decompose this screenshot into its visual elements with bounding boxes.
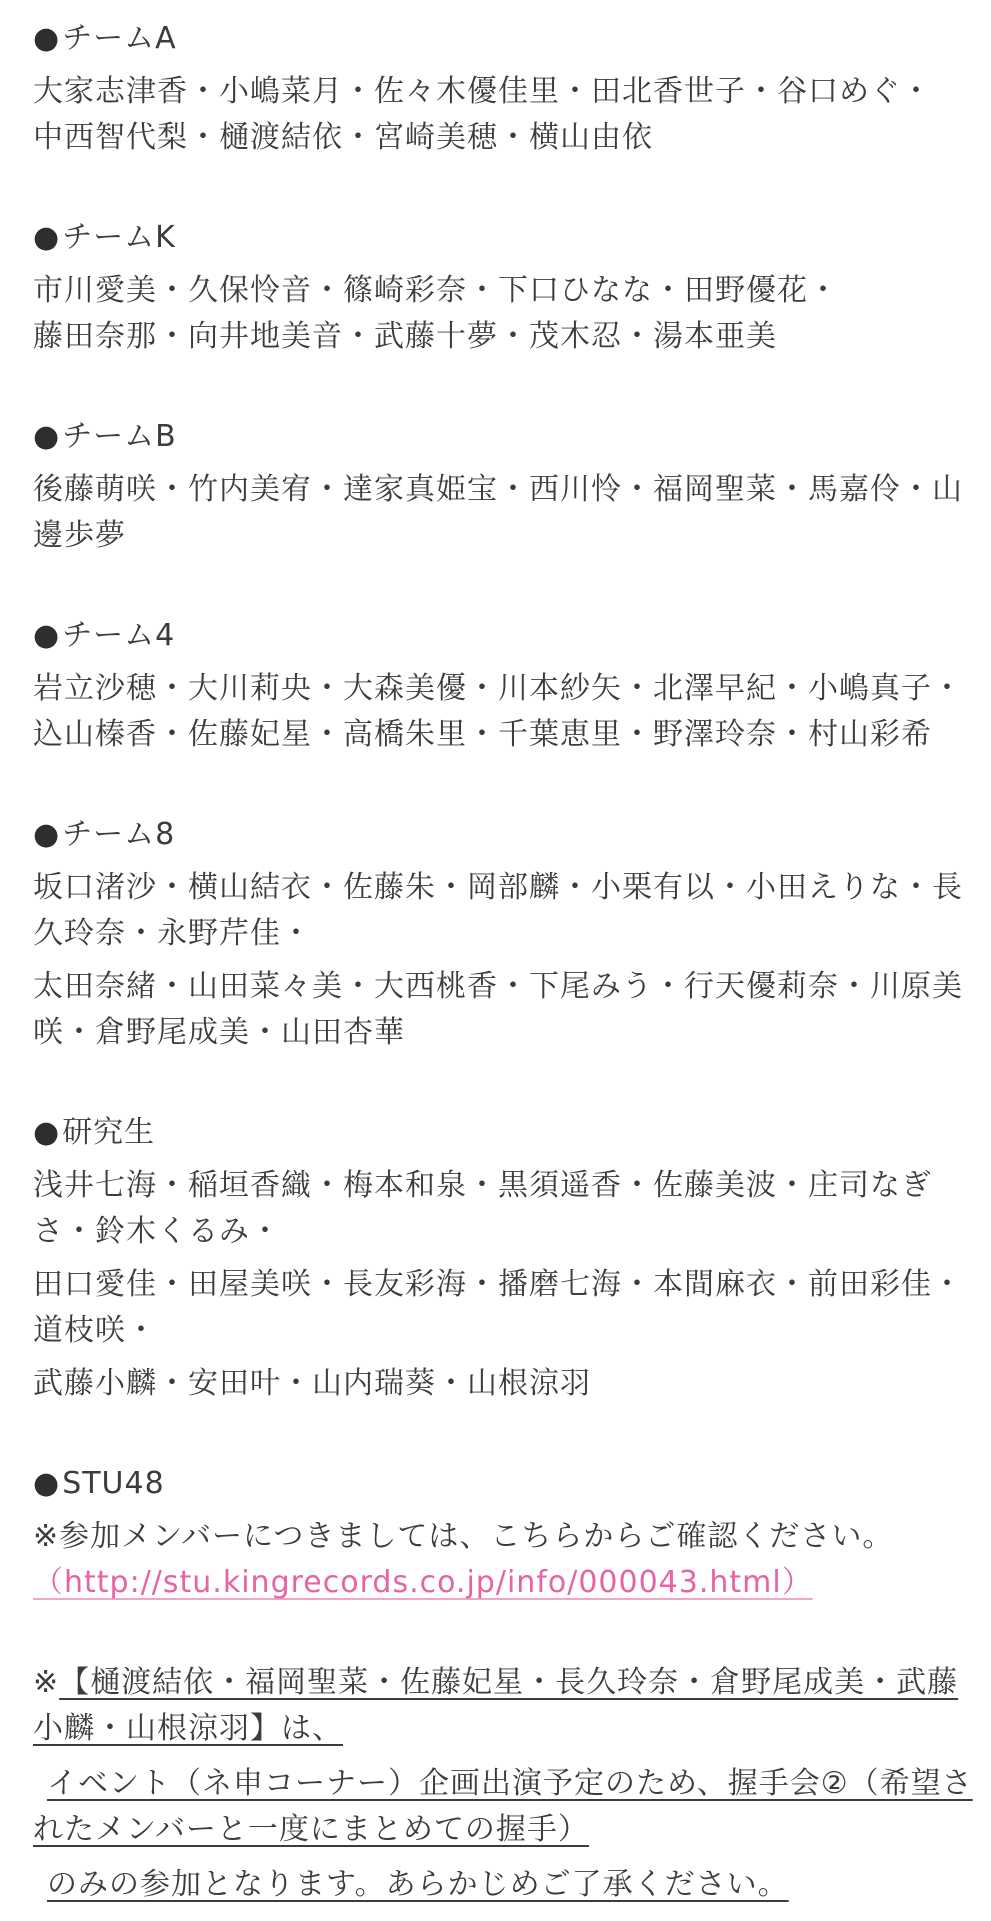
section-title-text: 研究生 — [62, 1115, 155, 1150]
section-title-text: チーム4 — [62, 618, 175, 653]
link-close-paren: ） — [782, 1565, 813, 1600]
member-line: 市川愛美・久保怜音・篠崎彩奈・下口ひなな・田野優花・ — [33, 268, 961, 314]
member-line: さ・鈴木くるみ・ — [33, 1209, 961, 1255]
member-line: 邊歩夢 — [33, 513, 961, 559]
member-line: 藤田奈那・向井地美音・武藤十夢・茂木忍・湯本亜美 — [33, 314, 961, 360]
stu48-link[interactable]: （http://stu.kingrecords.co.jp/info/00004… — [33, 1565, 813, 1600]
bullet-icon: ● — [33, 817, 60, 852]
section-heading: ●チームK — [33, 215, 961, 261]
section-heading: ●チーム4 — [33, 613, 961, 659]
note-line: のみの参加となります。あらかじめご了承ください。 — [47, 1862, 961, 1908]
section-kenkyusei: ●研究生浅井七海・稲垣香織・梅本和泉・黒須遥香・佐藤美波・庄司なぎさ・鈴木くるみ… — [33, 1110, 961, 1407]
member-paragraph: 田口愛佳・田屋美咲・長友彩海・播磨七海・本間麻衣・前田彩佳・道枝咲・ — [33, 1262, 961, 1354]
team-sections: ●チームA大家志津香・小嶋菜月・佐々木優佳里・田北香世子・谷口めぐ・中西智代梨・… — [33, 16, 961, 1407]
member-line: 太田奈緒・山田菜々美・大西桃香・下尾みう・行天優莉奈・川原美 — [33, 964, 961, 1010]
section-team-a: ●チームA大家志津香・小嶋菜月・佐々木優佳里・田北香世子・谷口めぐ・中西智代梨・… — [33, 16, 961, 161]
section-heading: ●チームA — [33, 16, 961, 62]
link-open-paren: （ — [33, 1565, 64, 1600]
note-marker: ※ — [33, 1665, 59, 1700]
bullet-icon: ● — [33, 21, 60, 56]
member-line: 中西智代梨・樋渡結依・宮崎美穂・横山由依 — [33, 115, 961, 161]
section-team-8: ●チーム8坂口渚沙・横山結衣・佐藤朱・岡部麟・小栗有以・小田えりな・長久玲奈・永… — [33, 812, 961, 1056]
note-paragraph: ※【樋渡結依・福岡聖菜・佐藤妃星・長久玲奈・倉野尾成美・武藤小麟・山根涼羽】は、 — [33, 1660, 961, 1752]
section-title-text: チームB — [62, 419, 177, 454]
bullet-icon: ● — [33, 1115, 60, 1150]
member-line: 道枝咲・ — [33, 1308, 961, 1354]
page: ●チームA大家志津香・小嶋菜月・佐々木優佳里・田北香世子・谷口めぐ・中西智代梨・… — [0, 0, 991, 1921]
note-text: のみの参加となります。あらかじめご了承ください。 — [47, 1867, 789, 1902]
section-team-b: ●チームB後藤萌咲・竹内美宥・達家真姫宝・西川怜・福岡聖菜・馬嘉伶・山邊歩夢 — [33, 414, 961, 559]
note-paragraph: イベント（ネ申コーナー）企画出演予定のため、握手会②（希望されたメンバーと一度に… — [33, 1761, 961, 1853]
member-paragraph: 市川愛美・久保怜音・篠崎彩奈・下口ひなな・田野優花・藤田奈那・向井地美音・武藤十… — [33, 268, 961, 360]
member-paragraph: 大家志津香・小嶋菜月・佐々木優佳里・田北香世子・谷口めぐ・中西智代梨・樋渡結依・… — [33, 69, 961, 161]
section-heading: ●研究生 — [33, 1110, 961, 1156]
note-text: 小麟・山根涼羽】は、 — [33, 1711, 343, 1746]
member-paragraph: 後藤萌咲・竹内美宥・達家真姫宝・西川怜・福岡聖菜・馬嘉伶・山邊歩夢 — [33, 467, 961, 559]
note-line: れたメンバーと一度にまとめての握手） — [33, 1807, 961, 1853]
section-title-text: STU48 — [62, 1466, 165, 1501]
section-heading: ●チーム8 — [33, 812, 961, 858]
bullet-icon: ● — [33, 1466, 60, 1501]
note-line: 小麟・山根涼羽】は、 — [33, 1706, 961, 1752]
member-line: 坂口渚沙・横山結衣・佐藤朱・岡部麟・小栗有以・小田えりな・長 — [33, 865, 961, 911]
section-stu48: ●STU48 ※参加メンバーにつきましては、こちらからご確認ください。 （htt… — [33, 1461, 961, 1606]
stu48-link-line: （http://stu.kingrecords.co.jp/info/00004… — [33, 1560, 961, 1606]
member-paragraph: 坂口渚沙・横山結衣・佐藤朱・岡部麟・小栗有以・小田えりな・長久玲奈・永野芹佳・ — [33, 865, 961, 957]
member-paragraph: 岩立沙穂・大川莉央・大森美優・川本紗矢・北澤早紀・小嶋真子・込山榛香・佐藤妃星・… — [33, 666, 961, 758]
note-line: ※【樋渡結依・福岡聖菜・佐藤妃星・長久玲奈・倉野尾成美・武藤 — [33, 1660, 961, 1706]
member-line: 咲・倉野尾成美・山田杏華 — [33, 1010, 961, 1056]
link-url-text: http://stu.kingrecords.co.jp/info/000043… — [64, 1565, 782, 1600]
section-team-4: ●チーム4岩立沙穂・大川莉央・大森美優・川本紗矢・北澤早紀・小嶋真子・込山榛香・… — [33, 613, 961, 758]
stu48-note: ※参加メンバーにつきましては、こちらからご確認ください。 — [33, 1514, 961, 1560]
section-heading: ●STU48 — [33, 1461, 961, 1507]
member-line: 浅井七海・稲垣香織・梅本和泉・黒須遥香・佐藤美波・庄司なぎ — [33, 1163, 961, 1209]
member-line: 田口愛佳・田屋美咲・長友彩海・播磨七海・本間麻衣・前田彩佳・ — [33, 1262, 961, 1308]
note-paragraph: のみの参加となります。あらかじめご了承ください。 — [33, 1862, 961, 1908]
footer-note: ※【樋渡結依・福岡聖菜・佐藤妃星・長久玲奈・倉野尾成美・武藤小麟・山根涼羽】は、… — [33, 1660, 961, 1908]
note-text: れたメンバーと一度にまとめての握手） — [33, 1812, 589, 1847]
note-text: 【樋渡結依・福岡聖菜・佐藤妃星・長久玲奈・倉野尾成美・武藤 — [59, 1665, 958, 1700]
member-line: 大家志津香・小嶋菜月・佐々木優佳里・田北香世子・谷口めぐ・ — [33, 69, 961, 115]
section-title-text: チーム8 — [62, 817, 175, 852]
member-paragraph: 太田奈緒・山田菜々美・大西桃香・下尾みう・行天優莉奈・川原美咲・倉野尾成美・山田… — [33, 964, 961, 1056]
section-title-text: チームK — [62, 220, 176, 255]
bullet-icon: ● — [33, 220, 60, 255]
note-text: イベント（ネ申コーナー）企画出演予定のため、握手会②（希望さ — [47, 1766, 973, 1801]
section-title-text: チームA — [62, 21, 177, 56]
section-heading: ●チームB — [33, 414, 961, 460]
section-team-k: ●チームK市川愛美・久保怜音・篠崎彩奈・下口ひなな・田野優花・藤田奈那・向井地美… — [33, 215, 961, 360]
member-paragraph: 武藤小麟・安田叶・山内瑞葵・山根涼羽 — [33, 1361, 961, 1407]
member-line: 岩立沙穂・大川莉央・大森美優・川本紗矢・北澤早紀・小嶋真子・ — [33, 666, 961, 712]
member-line: 後藤萌咲・竹内美宥・達家真姫宝・西川怜・福岡聖菜・馬嘉伶・山 — [33, 467, 961, 513]
member-paragraph: 浅井七海・稲垣香織・梅本和泉・黒須遥香・佐藤美波・庄司なぎさ・鈴木くるみ・ — [33, 1163, 961, 1255]
bullet-icon: ● — [33, 618, 60, 653]
bullet-icon: ● — [33, 419, 60, 454]
member-line: 込山榛香・佐藤妃星・高橋朱里・千葉恵里・野澤玲奈・村山彩希 — [33, 712, 961, 758]
member-line: 武藤小麟・安田叶・山内瑞葵・山根涼羽 — [33, 1361, 961, 1407]
note-line: イベント（ネ申コーナー）企画出演予定のため、握手会②（希望さ — [47, 1761, 961, 1807]
member-line: 久玲奈・永野芹佳・ — [33, 911, 961, 957]
